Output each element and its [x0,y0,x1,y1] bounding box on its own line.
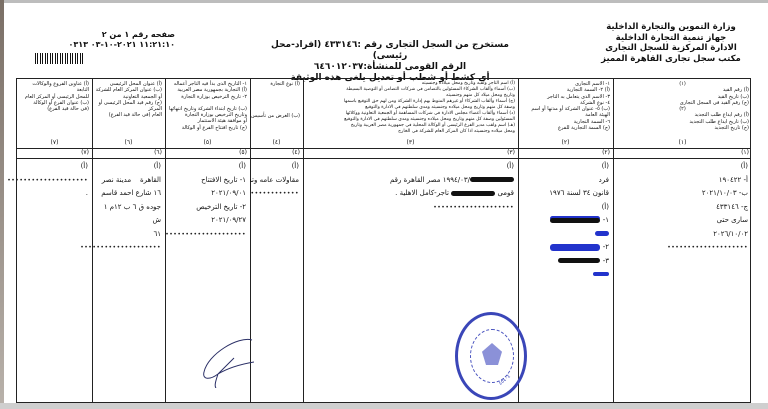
merchant-status: قومى تاجر-كامل الاهلية . [307,187,514,201]
col-number-3: (٣) [303,149,518,156]
header-col-1: (١) (أ) رقم القيد (ب) تاريخ القيد (ج) رق… [613,79,752,148]
opening-date: ٢٠٢١/٠٩/٠١ [169,187,246,201]
page-info: صفحه رقم ١ من ٢ ١١:٢١:١٠ ٢٠٢١-١٠-٠٣ ٠٣١٣ [35,30,175,50]
col-number-7: (٧) [17,149,92,156]
scan-top-edge [0,0,768,3]
merchant-birth: /١٩٩٤/٠٣ مصر القاهرة رقم [307,174,514,188]
scan-left-edge [0,0,4,409]
header-col-3: (أ) اسم التاجر ولقبه وتاريخ ومحل ميلاده … [303,79,518,148]
col-number-5: (٥) [165,149,250,156]
official-stamp: ٤٥٤٠٤ [455,312,527,400]
city-district: القاهرة مدينة نصر [96,174,161,188]
license-date: ٢٠٢١/٠٩/٢٧ [169,214,246,228]
header-col-2: ١- الاسم التجارى (أ) ٢- السمة التجارية ٣… [518,79,613,148]
data-col-2: (أ) فرد قانون ٣٤ لسنة ١٩٧٦ (أ) ١- ٢- ٣- [518,160,613,282]
registration-number: أ- ١٩٠٤٢٢ [617,174,748,188]
header-footer-1: (١) [613,139,752,146]
redacted-item-2: ٢- [522,241,609,255]
col-number-2: (٢) [518,149,613,156]
redacted-mark [522,268,609,282]
register-table: (١) (أ) رقم القيد (ب) تاريخ القيد (ج) رق… [16,78,751,403]
header-col-4: (أ) نوع التجارة (ب) الغرض من تأسيس الشرك… [250,79,303,148]
sub-label: (أ) [617,160,748,174]
redacted-mark [522,228,609,242]
header-footer-6: (٦) [92,139,165,146]
scan-bottom-edge [0,403,768,409]
header-col-6: (أ) عنوان المحل الرئيسى (ب) عنوان المركز… [92,79,165,148]
commercial-register-extract: وزارة التموين والتجارة الداخلية جهاز تنم… [0,0,768,409]
header-footer-4: (٤) [250,139,303,146]
data-col-7: (أ) •••••••••••••••••••• . [17,160,92,201]
validity-date: ٢٠٢٦/١٠/٠٢ [617,228,748,242]
license-date-label: ٢- تاريخ الترخيص [169,201,246,215]
ministry-header: وزارة التموين والتجارة الداخلية جهاز تنم… [596,22,746,64]
entity-type: فرد [522,174,609,188]
unit: جوده ق ٦ ب ١٢م ١ ش [96,201,161,228]
header-footer-5: (٥) [165,139,250,146]
register-number: ج- ٤٣٣١٤٦ [617,201,748,215]
redacted-item-3: ٣- [522,255,609,269]
header-footer-2: (٢) [518,139,613,146]
col-number-6: (٦) [92,149,165,156]
barcode [35,53,83,64]
header-footer-7: (٧) [17,139,92,146]
signature [198,336,254,388]
dotted-terminator: •••••••••••••••••••• [617,241,748,255]
dotted-terminator: •••••••••••••••••••• [307,201,514,215]
data-col-3: (أ) /١٩٩٤/٠٣ مصر القاهرة رقم قومى تاجر-ك… [303,160,518,214]
national-number: الرقم القومى للمنشأة:٦٤٦٠١٢٠٣٧ [260,62,520,73]
data-col-1: (أ) أ- ١٩٠٤٢٢ ب- ٢٠٢١/١٠/٠٣ ج- ٤٣٣١٤٦ سا… [613,160,752,255]
street: ١٦ شارع احمد قاسم [96,187,161,201]
redacted-item-1: ١- [522,214,609,228]
data-col-5: (أ) ١- تاريخ الافتتاح ٢٠٢١/٠٩/٠١ ٢- تاري… [165,160,250,241]
unit-number: ٦١ [96,228,161,242]
ministry-line: مكتب سجل تجارى القاهرة المميز [596,54,746,65]
ministry-line: جهاز تنمية التجارة الداخلية [596,33,746,44]
header-col-5: ١- التاريخ الذى بدأ فيه التاجر أعماله (أ… [165,79,250,148]
ministry-line: الادارة المركزية للسجل التجارى [596,43,746,54]
registration-date: ب- ٢٠٢١/١٠/٠٣ [617,187,748,201]
data-col-4: (أ) مقاولات عامه وتشطيبات متكامله ••••••… [250,160,303,201]
ministry-line: وزارة التموين والتجارة الداخلية [596,22,746,33]
extract-title: مستخرج من السجل التجارى رقم :٤٣٣١٤٦ (افر… [260,40,520,62]
law-reference: قانون ٣٤ لسنة ١٩٧٦ [522,187,609,201]
opening-date-label: ١- تاريخ الافتتاح [169,174,246,188]
page-label: صفحه رقم ١ من ٢ [35,30,175,40]
print-stamp: ١١:٢١:١٠ ٢٠٢١-١٠-٠٣ ٠٣١٣ [35,40,175,50]
header-col-7: (أ) عناوين الفروع والوكالات التابعة للمح… [17,79,92,148]
header-footer-3: (٣) [303,139,518,146]
data-col-6: (أ) القاهرة مدينة نصر ١٦ شارع احمد قاسم … [92,160,165,255]
col-number-1: (١) [613,149,752,156]
validity-label: سارى حتى [617,214,748,228]
col-number-4: (٤) [250,149,303,156]
activity-type: مقاولات عامه وتشطيبات متكامله [254,174,299,188]
